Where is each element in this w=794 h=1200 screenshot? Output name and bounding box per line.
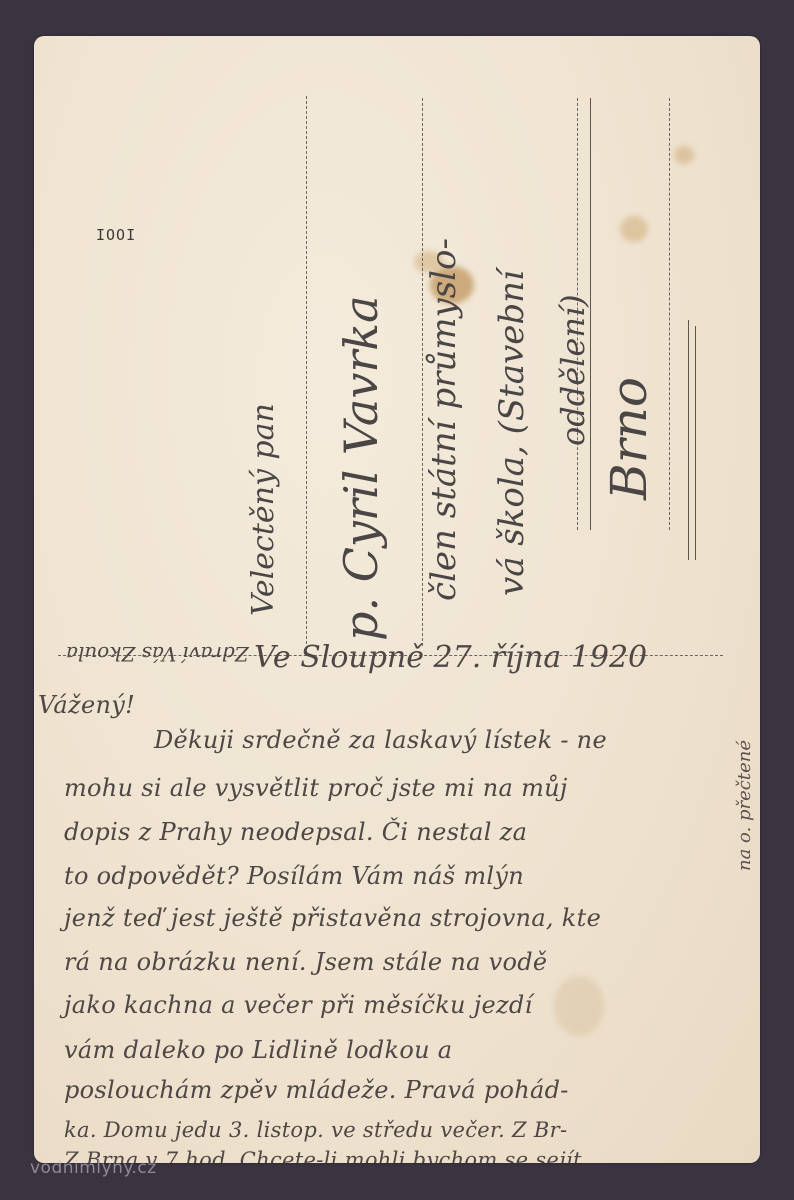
stamp-mark: IOOI [96, 226, 146, 244]
letter-line: jenž teď jest ještě přistavěna strojovna… [64, 904, 601, 932]
address-line-1: člen státní průmyslo- [424, 238, 464, 601]
side-note: na o. přečtené [734, 740, 755, 871]
postcard: IOOI Velectěný pan p. Cyril Vavrka člen … [34, 36, 760, 1163]
greeting-upside-down: Zdraví Vás Zkoula [66, 642, 249, 666]
address-salutation: Velectěný pan [246, 403, 281, 616]
letter-line: vám daleko po Lidlině lodkou a [64, 1036, 452, 1064]
letter-line: ka. Domu jedu 3. listop. ve středu večer… [64, 1118, 567, 1142]
address-guide-line [669, 98, 670, 530]
address-line-2: vá škola, (Stavební [492, 270, 532, 596]
stain [554, 976, 604, 1036]
letter-line: Děkuji srdečně za laskavý lístek - ne [154, 726, 607, 754]
letter-line: to odpovědět? Posílám Vám náš mlýn [64, 862, 524, 890]
letter-line: mohu si ale vysvětlit proč jste mi na mů… [64, 774, 568, 802]
letter-line: jako kachna a večer při měsíčku jezdí [64, 991, 533, 1019]
stain [620, 216, 648, 242]
stain [674, 146, 694, 164]
address-name: p. Cyril Vavrka [334, 295, 388, 641]
watermark: vodnimlyny.cz [30, 1158, 157, 1178]
address-city: Brno [600, 377, 658, 500]
underline-mark [688, 320, 689, 560]
letter-line: poslouchám zpěv mládeže. Pravá pohád- [64, 1076, 569, 1104]
address-guide-line [422, 98, 423, 646]
underline-mark [695, 326, 696, 560]
letter-line: dopis z Prahy neodepsal. Či nestal za [64, 818, 527, 846]
letter-line: Vážený! [38, 691, 135, 719]
address-line-3: oddělení) [554, 294, 592, 446]
place-date: Ve Sloupně 27. října 1920 [254, 640, 647, 675]
address-guide-line [306, 96, 307, 644]
letter-line: rá na obrázku není. Jsem stále na vodě [64, 948, 547, 976]
